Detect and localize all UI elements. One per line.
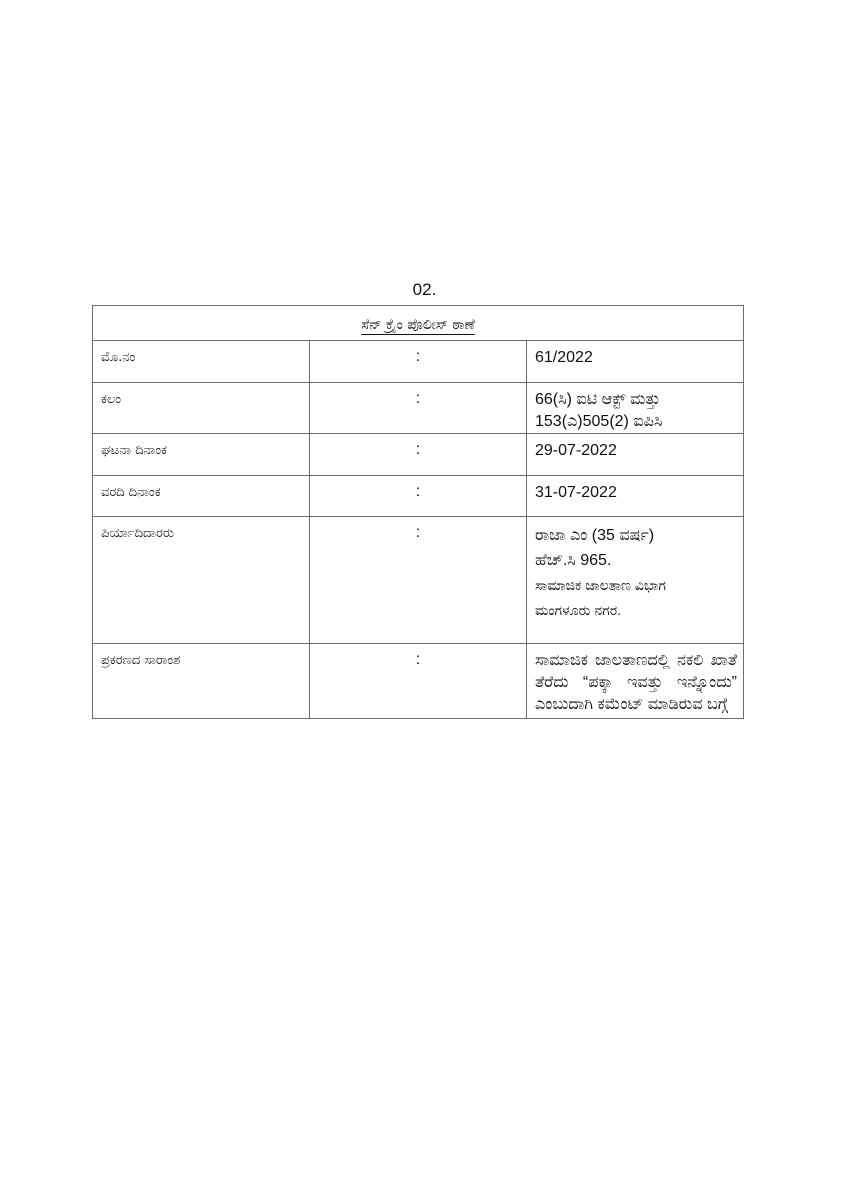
- table-row: ಘಟನಾ ದಿನಾಂಕ : 29-07-2022: [93, 434, 744, 476]
- case-summary-value: ಸಾಮಾಜಿಕ ಜಾಲತಾಣದಲ್ಲಿ ನಕಲಿ ಖಾತೆ ತೆರೆದು “ಪಕ…: [527, 644, 744, 719]
- incident-date-label: ಘಟನಾ ದಿನಾಂಕ: [93, 434, 310, 476]
- station-heading: ಸೆನ್ ಕ್ರೈಂ ಪೊಲೀಸ್ ಠಾಣೆ: [361, 317, 475, 333]
- complainant-city: ಮಂಗಳೂರು ನಗರ.: [535, 598, 737, 623]
- page-number: 02.: [0, 280, 849, 300]
- case-number-label: ಮೊ.ನಂ: [93, 341, 310, 383]
- section-label: ಕಲಂ: [93, 383, 310, 434]
- complainant-unit: ಸಾಮಾಜಿಕ ಜಾಲತಾಣ ವಿಭಾಗ: [535, 573, 737, 598]
- station-heading-cell: ಸೆನ್ ಕ್ರೈಂ ಪೊಲೀಸ್ ಠಾಣೆ: [93, 306, 744, 341]
- table-heading-row: ಸೆನ್ ಕ್ರೈಂ ಪೊಲೀಸ್ ಠಾಣೆ: [93, 306, 744, 341]
- separator: :: [310, 341, 527, 383]
- table-row: ಕಲಂ : 66(ಸಿ) ಐಟಿ ಆಕ್ಟ್ ಮತ್ತು 153(ಎ)505(2…: [93, 383, 744, 434]
- table-row: ಪ್ರಕರಣದ ಸಾರಾಂಶ : ಸಾಮಾಜಿಕ ಜಾಲತಾಣದಲ್ಲಿ ನಕಲ…: [93, 644, 744, 719]
- report-date-value: 31-07-2022: [527, 476, 744, 517]
- separator: :: [310, 644, 527, 719]
- complainant-name: ರಾಜಾ ಎಂ (35 ವರ್ಷ): [535, 523, 737, 548]
- incident-date-value: 29-07-2022: [527, 434, 744, 476]
- complainant-rank: ಹೆಚ್.ಸಿ 965.: [535, 548, 737, 573]
- report-date-label: ವರದಿ ದಿನಾಂಕ: [93, 476, 310, 517]
- complainant-value: ರಾಜಾ ಎಂ (35 ವರ್ಷ) ಹೆಚ್.ಸಿ 965. ಸಾಮಾಜಿಕ ಜ…: [527, 517, 744, 644]
- case-summary-label: ಪ್ರಕರಣದ ಸಾರಾಂಶ: [93, 644, 310, 719]
- section-value: 66(ಸಿ) ಐಟಿ ಆಕ್ಟ್ ಮತ್ತು 153(ಎ)505(2) ಐಪಿಸ…: [527, 383, 744, 434]
- separator: :: [310, 476, 527, 517]
- table-row: ಪಿರ್ಯಾದಿದಾರರು : ರಾಜಾ ಎಂ (35 ವರ್ಷ) ಹೆಚ್.ಸ…: [93, 517, 744, 644]
- table-row: ಮೊ.ನಂ : 61/2022: [93, 341, 744, 383]
- case-record-table: ಸೆನ್ ಕ್ರೈಂ ಪೊಲೀಸ್ ಠಾಣೆ ಮೊ.ನಂ : 61/2022 ಕ…: [92, 305, 744, 719]
- separator: :: [310, 517, 527, 644]
- separator: :: [310, 434, 527, 476]
- case-number-value: 61/2022: [527, 341, 744, 383]
- complainant-label: ಪಿರ್ಯಾದಿದಾರರು: [93, 517, 310, 644]
- table-row: ವರದಿ ದಿನಾಂಕ : 31-07-2022: [93, 476, 744, 517]
- separator: :: [310, 383, 527, 434]
